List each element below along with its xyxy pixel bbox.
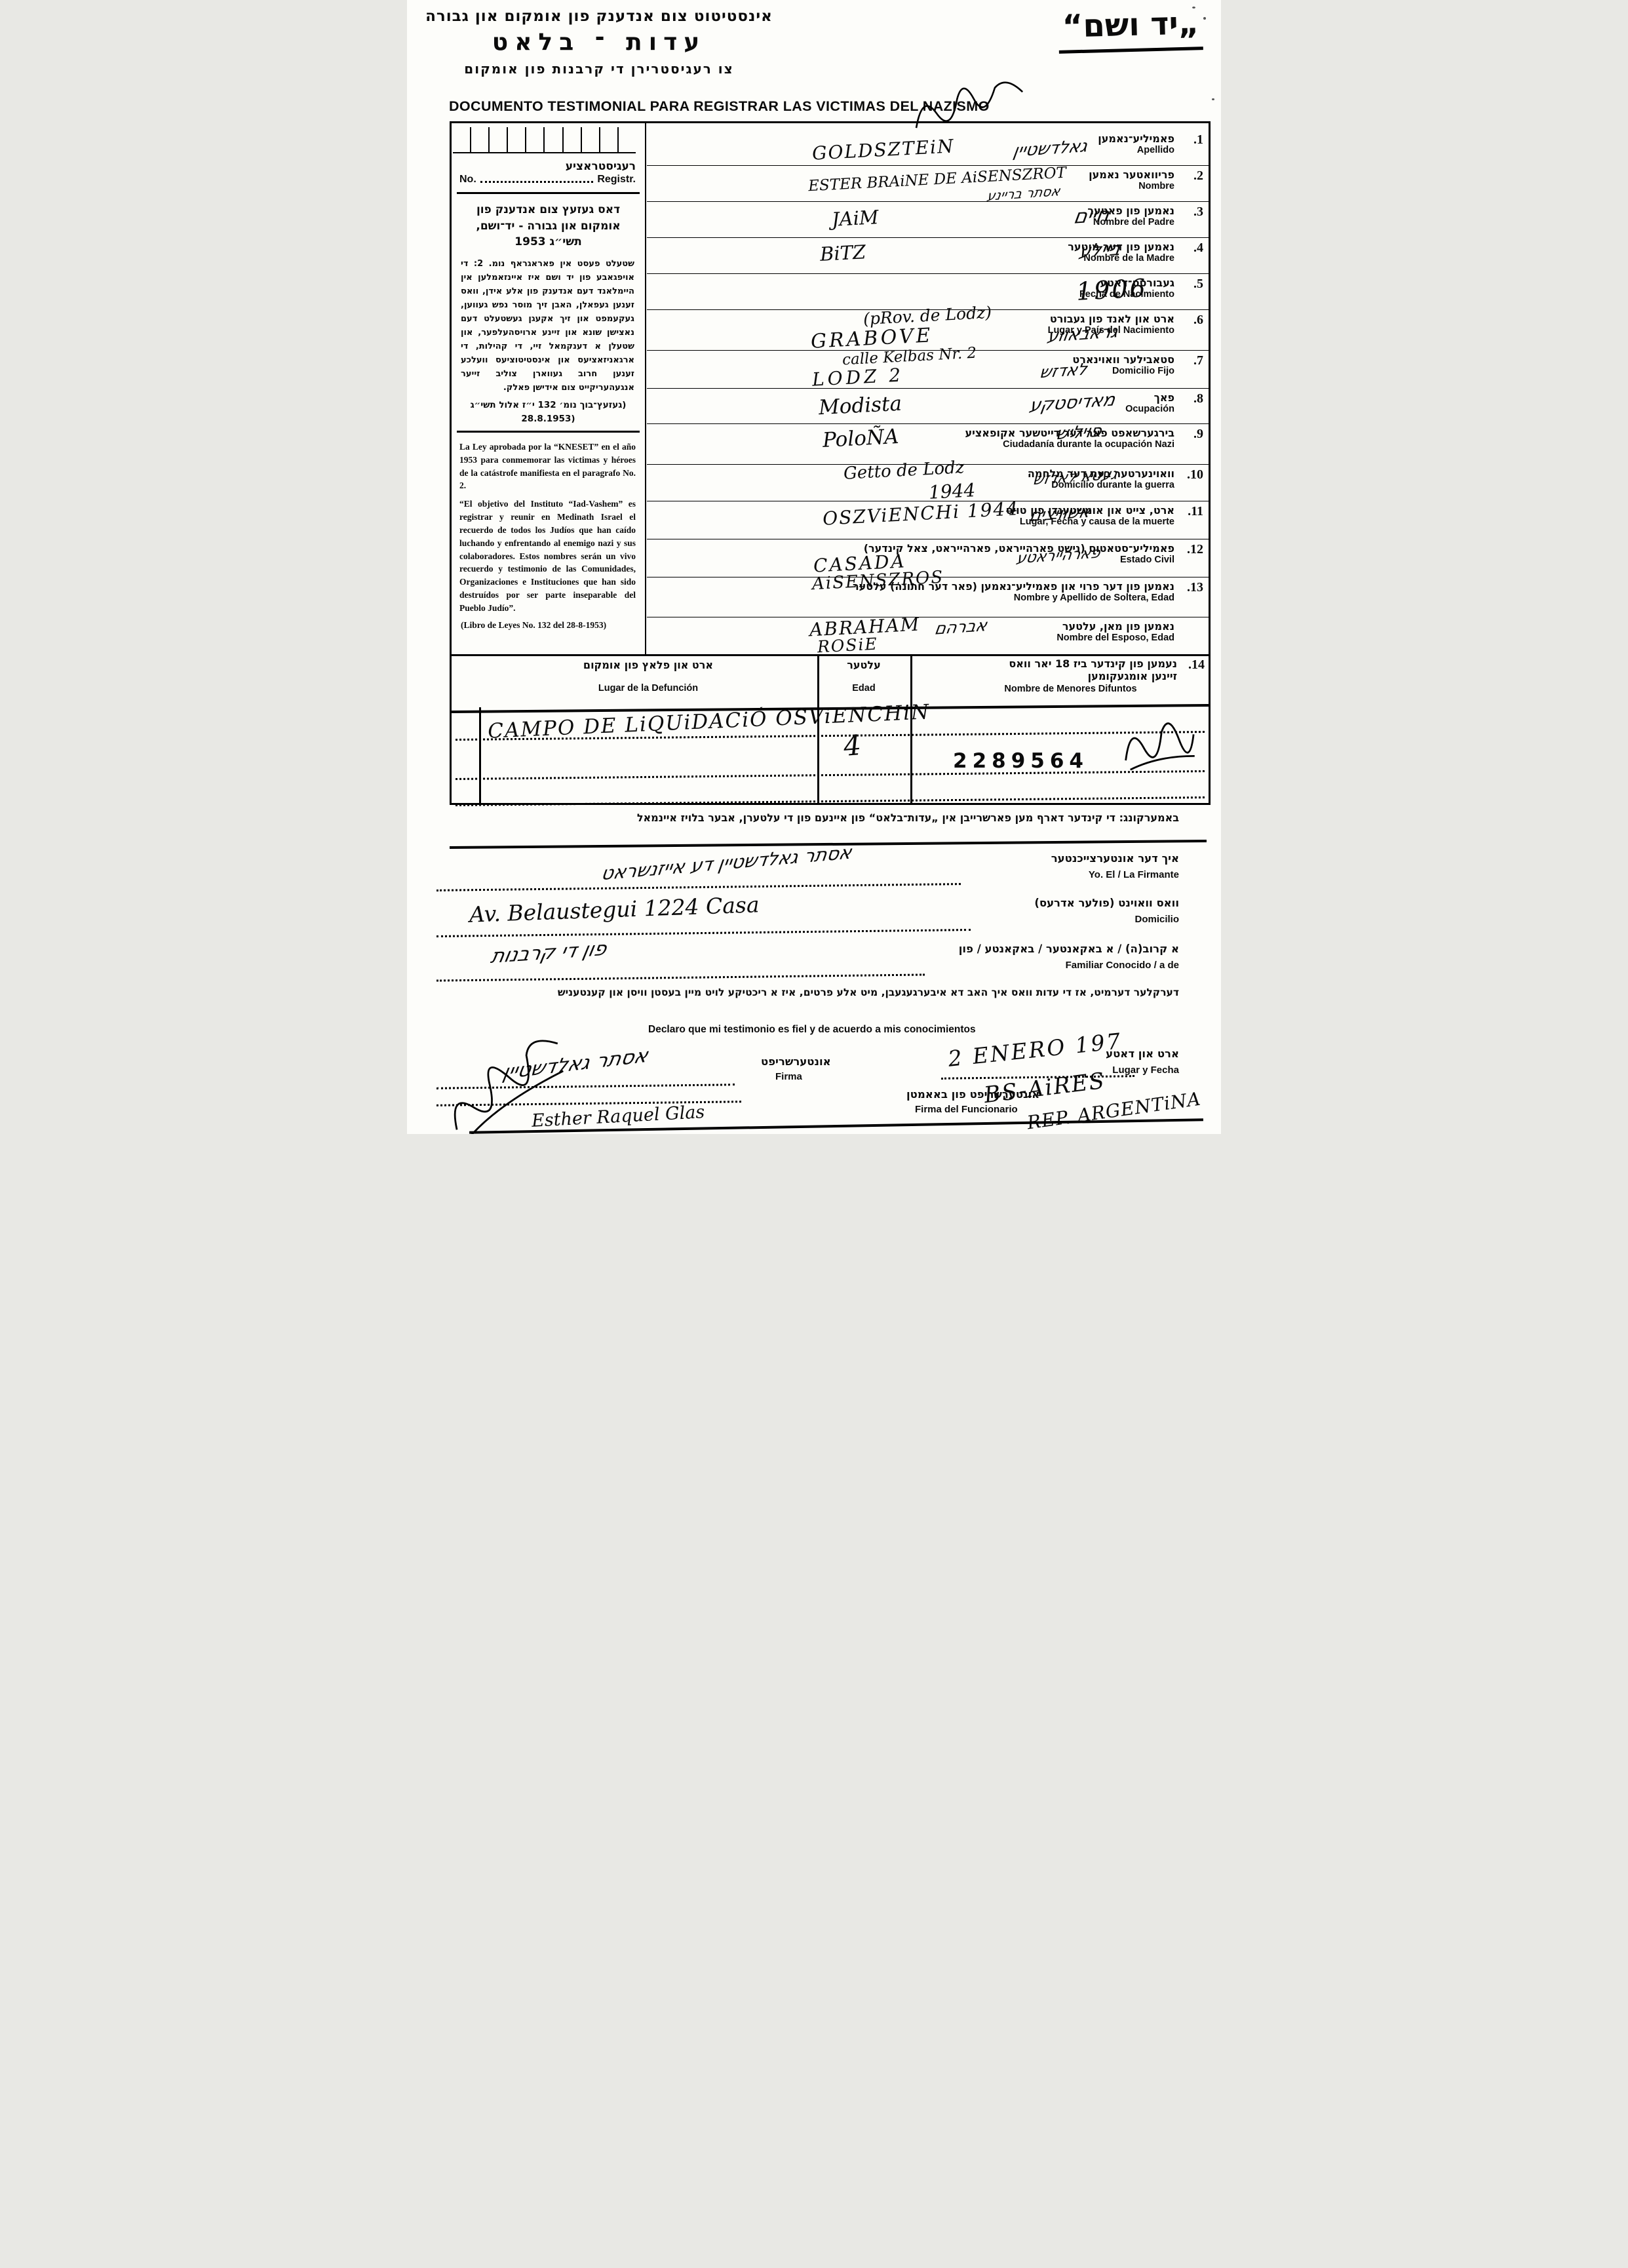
field-nombre: .2 פריוואטער נאמעןNombre ESTER BRAiNE DE…: [647, 166, 1209, 202]
handwriting-ciudadania: PoloÑA: [822, 425, 899, 452]
handwriting-ciudad: LODZ 2: [811, 364, 904, 390]
law-title-yiddish: דאס געזעץ צום אנדענק פון אומקום און גבור…: [452, 197, 645, 252]
declaration-yiddish: דערקלער דערמיט, אז די עדות וואס איך האב …: [448, 985, 1179, 1000]
law-text-yiddish: שטעלט פעסט אין פאראגראף נומ. 2: די אויפג…: [452, 252, 645, 395]
lugar-fecha-label-es: Lugar y Fecha: [1112, 1065, 1179, 1076]
field-nombre-esposo: נאמען פון מאן, עלטערNombre del Esposo, E…: [647, 617, 1209, 654]
law-paragraph-es-2: “El objetivo del Instituto “Iad-Vashem” …: [452, 492, 645, 615]
field-nombre-soltera: .13 נאמען פון דער פרוי און פאמיליע־נאמען…: [647, 577, 1209, 617]
scan-speck: [1192, 7, 1195, 9]
field-domicilio-guerra: .10 וואוינערטער בעת דער מלחמהDomicilio d…: [647, 465, 1209, 501]
field-menores-difuntos: .14 נעמען פון קינדער ביז 18 יאר וואס זיי…: [914, 656, 1207, 694]
table-dotted-row: [455, 796, 1205, 806]
field-apellido: .1 פאמיליע־נאמעןApellido GOLDSZTEiN גאלד…: [647, 130, 1209, 166]
law-reference-es: (Libro de Leyes No. 132 del 28-8-1953): [452, 615, 645, 636]
registr-label-yiddish: רעגיסטראציע: [452, 153, 645, 173]
field-lugar-nacimiento: .6 ארט און לאנד פון געבורטLugar y País d…: [647, 310, 1209, 351]
law-reference-yiddish: (געזעץ־בוך נומ׳ 132 י״ז אלול תשי״ג (28.8…: [452, 395, 645, 428]
domicilio-label-yiddish: וואס וואוינט (פולער אדרעס): [1034, 897, 1179, 909]
registration-stamp-number: 2289564: [953, 749, 1089, 773]
firmante-label-es: Yo. El / La Firmante: [1089, 869, 1179, 880]
edut-blat-title: עדות ־ בלאט: [425, 29, 773, 56]
divider: [457, 192, 640, 194]
handwriting-domicilio-yiddish: לאדזש: [1038, 360, 1089, 382]
defuncion-table: ארט און פלאץ פון אומקום Lugar de la Defu…: [452, 654, 1209, 804]
firma-label-yiddish: אונטערשריפט: [761, 1055, 831, 1068]
handwritten-scrawl-icon: [1113, 705, 1203, 777]
registration-number-boxes: [453, 127, 636, 153]
handwriting-fecha-nacimiento: 1906: [1076, 273, 1148, 306]
field-fecha-nacimiento: .5 געבורטס־דאטעFecha de Nacimiento 1906: [647, 274, 1209, 310]
law-paragraph-es-1: La Ley aprobada por la “KNESET” en el añ…: [452, 435, 645, 492]
domicilio-label-es: Domicilio: [1134, 914, 1179, 925]
funcionario-label-es: Firma del Funcionario: [915, 1104, 1018, 1115]
handwriting-domicilio: Av. Belaustegui 1224 Casa: [469, 891, 760, 927]
handwriting-esposo-2: ROSiE: [817, 635, 878, 657]
firmante-label-yiddish: איך דער אונטערצייכנטער: [1051, 852, 1179, 865]
field-nombre-padre: .3 נאמען פון פאטערNombre del Padre JAiM …: [647, 202, 1209, 238]
dotted-leader: [480, 173, 594, 183]
registr-number-line: No. Registr.: [452, 173, 645, 189]
table-dotted-row: [455, 770, 1205, 780]
handwriting-padre-yiddish: חיים: [1072, 203, 1111, 229]
remark-line: באמערקונג: די קינדער דארף מען פארשרייבן …: [452, 811, 1179, 824]
field-domicilio-fijo: .7 סטאבילער וואוינארטDomicilio Fijo call…: [647, 351, 1209, 389]
firmante-dotted-line: [436, 883, 961, 891]
table-line: [910, 656, 912, 804]
funcionario-label-yiddish: אונטערשריפט פון באאמטן: [906, 1088, 1039, 1101]
header-yiddish-block: אינסטיטוט צום אנדענק פון אומקום און גבור…: [425, 8, 773, 77]
handwriting-edad: 4: [842, 729, 862, 762]
handwriting-esposo-yiddish: אברהם: [933, 616, 989, 638]
handwriting-madre: BiTZ: [819, 241, 866, 265]
scan-speck: [1203, 17, 1206, 20]
fields-column: .1 פאמיליע־נאמעןApellido GOLDSZTEiN גאלד…: [647, 123, 1209, 654]
handwriting-ocupacion: Modista: [818, 392, 902, 420]
divider: [457, 431, 640, 433]
domicilio-dotted-line: [436, 929, 971, 937]
yad-vashem-logotype: „יד ושם“: [1058, 5, 1203, 54]
field-ocupacion: .8 פאךOcupación Modista מאדיסטקע: [647, 389, 1209, 424]
sidebar: רעגיסטראציע No. Registr. דאס געזעץ צום א…: [452, 123, 646, 654]
scanned-testimonial-document: אינסטיטוט צום אנדענק פון אומקום און גבור…: [407, 0, 1221, 1134]
handwriting-familiar: פון די קרבנות: [489, 937, 609, 968]
register-line: צו רעגיסטרירן די קרבנות פון אומקום: [425, 61, 773, 77]
handwriting-madre-yiddish: ביילע: [1077, 238, 1123, 262]
familiar-label-yiddish: א קרוב(ה) / א באקאנטער / באקאנטע / פון: [959, 943, 1179, 955]
table-line: [479, 707, 481, 804]
handwriting-ciudadania-yiddish: פויליש: [1055, 421, 1104, 444]
form-body: רעגיסטראציע No. Registr. דאס געזעץ צום א…: [450, 121, 1211, 805]
field-lugar-muerte: .11 ארט, צייט און אומשטענדן פון טויטLuga…: [647, 501, 1209, 539]
field-nombre-madre: .4 נאמען פון דער מוטערNombre de la Madre…: [647, 238, 1209, 274]
field-ciudadania: .9 בירגערשאפט פאר דער דייטשער אקופאציעCi…: [647, 424, 1209, 465]
scan-speck: [1212, 98, 1214, 100]
handwriting-firmante: אסתר גאלדשטיין דע אייזנשראט: [600, 842, 853, 885]
institute-line: אינסטיטוט צום אנדענק פון אומקום און גבור…: [425, 8, 773, 25]
familiar-label-es: Familiar Conocido / a de: [1066, 960, 1179, 971]
declaration-es: Declaro que mi testimonio es fiel y de a…: [648, 1024, 976, 1036]
firma-label-es: Firma: [775, 1071, 802, 1082]
familiar-dotted-line: [436, 973, 925, 981]
handwriting-padre: JAiM: [831, 206, 879, 231]
handwriting-lugar-nacimiento-yiddish: גראבאווע: [1046, 322, 1120, 346]
defuncion-header: ארט און פלאץ פון אומקום Lugar de la Defu…: [479, 659, 817, 694]
no-label: No.: [459, 174, 476, 186]
registr-label: Registr.: [597, 174, 636, 186]
edad-header: עלטער Edad: [817, 659, 910, 694]
